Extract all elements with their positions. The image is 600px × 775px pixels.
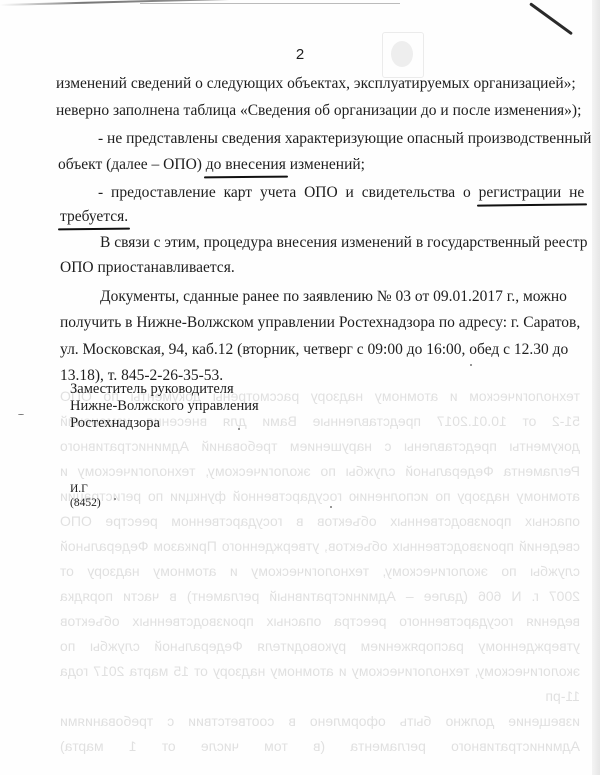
bleed-line: экологическому, технологическому и атомн… [60, 659, 580, 683]
bleed-line: сведений производственных объектов, утве… [60, 534, 580, 558]
executor-phone-code: (8452) [70, 497, 101, 509]
scan-speck [330, 506, 332, 508]
scan-speck [470, 364, 472, 366]
bleed-line: атомному надзору по исполнению государст… [60, 484, 580, 508]
scan-speck [18, 414, 24, 415]
body-text-line: ул. Московская, 94, каб.12 (вторник, чет… [60, 341, 552, 359]
scan-speck [238, 428, 240, 430]
bleed-line: опасных производственных объектов в госу… [60, 509, 580, 533]
bleed-line: утвержденному распоряжением руководителя… [60, 634, 580, 658]
bleed-line: 2007 г. N 606 (далее – Административный … [60, 584, 580, 608]
body-text-line: - предоставление карт учета ОПО и свидет… [98, 184, 584, 202]
bleed-line: извещение должно быть оформлено в соотве… [60, 709, 580, 733]
body-text-line: получить в Нижне-Волжском управлении Рос… [60, 314, 552, 332]
executor-initials: И.Г [70, 483, 88, 495]
text-span: - предоставление карт учета ОПО и свидет… [98, 184, 479, 201]
bleed-line: документы представлены с нарушением треб… [60, 434, 580, 458]
text-span: изменений; [286, 156, 365, 173]
page-fold-mark [529, 2, 573, 35]
handwritten-underline: до внесения [206, 156, 286, 174]
page-number: 2 [0, 46, 600, 63]
document-page: технологическом и атомному надзору рассм… [0, 0, 600, 775]
body-text-line: - не представлены сведения характеризующ… [98, 130, 552, 148]
body-text-line: требуется. [60, 208, 128, 226]
bleed-line: Административного регламента (в том числ… [60, 734, 580, 758]
handwritten-underline: требуется. [60, 208, 128, 226]
body-text-line: Документы, сданные ранее по заявлению № … [100, 288, 552, 306]
body-text-line: неверно заполнена таблица «Сведения об о… [56, 102, 581, 120]
bleed-line: 11-рп [520, 684, 580, 708]
bleed-line: ведения государственного реестра опасных… [60, 609, 580, 633]
signature-title-line: Нижне-Волжского управления [70, 398, 259, 415]
scan-edge [592, 0, 600, 775]
body-text-line: изменений сведений о следующих объектах,… [56, 75, 552, 93]
bleed-line: службы по экологическому, технологическо… [60, 559, 580, 583]
signature-title-line: Ростехнадзора [70, 415, 160, 432]
body-text-line: объект (далее – ОПО) до внесения изменен… [58, 156, 365, 174]
scan-speck [114, 498, 116, 500]
body-text-line: В связи с этим, процедура внесения измен… [100, 234, 552, 252]
scan-streak [140, 3, 400, 4]
text-span: объект (далее – ОПО) [58, 156, 206, 173]
handwritten-underline: регистрации не [479, 184, 585, 202]
signature-title-line: Заместитель руководителя [70, 381, 234, 398]
bleed-line: Регламента Федеральной службы по экологи… [60, 459, 580, 483]
body-text-line: ОПО приостанавливается. [60, 259, 235, 277]
